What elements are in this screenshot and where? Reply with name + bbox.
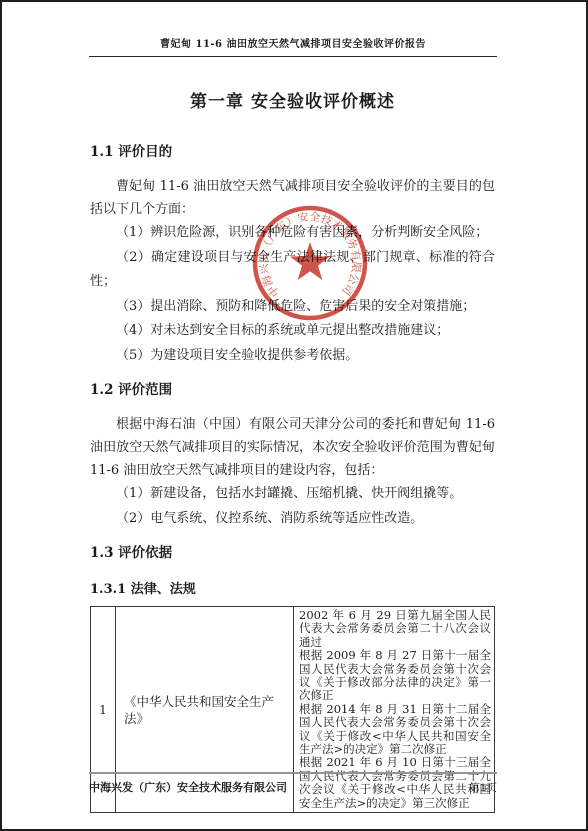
list-item: （2）电气系统、仪控系统、消防系统等适应性改造。: [90, 507, 495, 532]
section-heading-1-2: 1.2 评价范围: [90, 381, 495, 400]
law-history-line: 根据 2009 年 8 月 27 日第十一届全国人民代表大会常务委员会第十次会议…: [299, 649, 491, 703]
scope-intro: 根据中海石油（中国）有限公司天津分公司的委托和曹妃甸 11-6 油田放空天然气减…: [90, 413, 495, 482]
law-history-line: 根据 2014 年 8 月 31 日第十二届全国人民代表大会常务委员会第十次会议…: [299, 703, 491, 757]
footer-page-number: 第1页: [469, 780, 497, 795]
chapter-title: 第一章 安全验收评价概述: [90, 90, 495, 114]
document-page: 曹妃甸 11-6 油田放空天然气减排项目安全验收评价报告 第一章 安全验收评价概…: [0, 0, 588, 831]
list-item: （1）新建设备，包括水封罐撬、压缩机撬、快开阀组撬等。: [90, 482, 495, 507]
running-header: 曹妃甸 11-6 油田放空天然气减排项目安全验收评价报告: [89, 2, 497, 57]
list-item: （3）提出消除、预防和降低危险、危害后果的安全对策措施；: [90, 295, 495, 320]
header-title: 曹妃甸 11-6 油田放空天然气减排项目安全验收评价报告: [89, 38, 497, 51]
list-item: （2）确定建设项目与安全生产法律法规、部门规章、标准的符合性；: [90, 246, 495, 295]
list-item: （5）为建设项目安全验收提供参考依据。: [90, 344, 495, 369]
footer-company: 中海兴发（广东）安全技术服务有限公司: [89, 779, 287, 795]
list-item: （4）对未达到安全目标的系统或单元提出整改措施建议；: [90, 319, 495, 344]
page-content: 第一章 安全验收评价概述 1.1 评价目的 曹妃甸 11-6 油田放空天然气减排…: [90, 90, 495, 813]
running-footer: 中海兴发（广东）安全技术服务有限公司 第1页: [89, 772, 497, 795]
list-item: （1）辨识危险源，识别各种危险有害因素，分析判断安全风险；: [90, 221, 495, 246]
section-heading-1-3-1: 1.3.1 法律、法规: [90, 580, 495, 599]
section-heading-1-3: 1.3 评价依据: [90, 544, 495, 563]
purpose-intro: 曹妃甸 11-6 油田放空天然气减排项目安全验收评价的主要目的包括以下几个方面：: [90, 175, 495, 221]
section-heading-1-1: 1.1 评价目的: [90, 143, 495, 162]
law-history-line: 2002 年 6 月 29 日第九届全国人民代表大会常务委员会第二十八次会议通过: [299, 609, 491, 649]
